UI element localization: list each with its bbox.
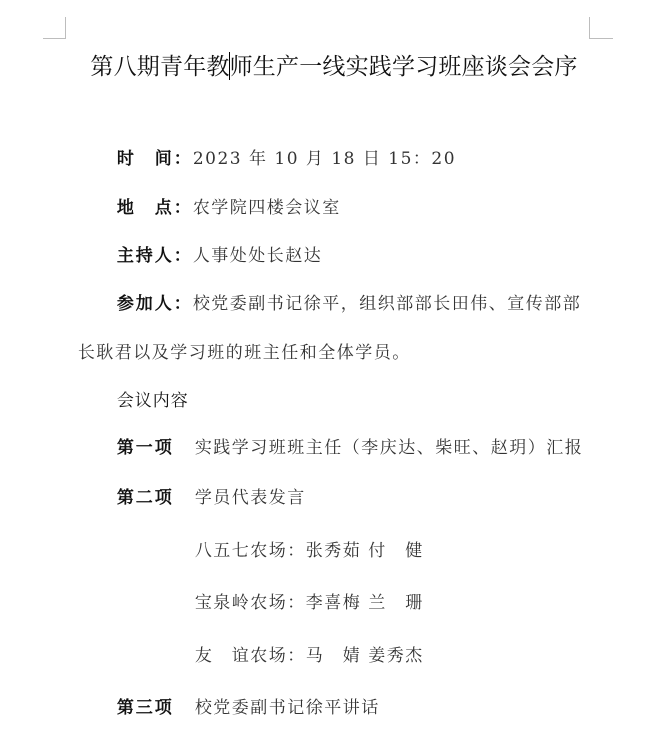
speaker-line-3-text: 友 谊农场：马 婧 姜秀杰 (195, 646, 424, 666)
field-time: 时 间：2023 年 10 月 18 日 15：20 (103, 123, 456, 171)
agenda-item-2-label: 第二项 (117, 486, 195, 510)
field-host-value: 人事处处长赵达 (193, 246, 323, 266)
field-host: 主持人：人事处处长赵达 (103, 220, 322, 268)
speaker-line-1: 八五七农场：张秀茹 付 健 (181, 515, 424, 563)
field-place-label: 地 点： (117, 198, 193, 218)
field-place: 地 点：农学院四楼会议室 (103, 172, 341, 220)
agenda-item-3: 第三项校党委副书记徐平讲话 (103, 672, 380, 720)
agenda-item-2-text: 学员代表发言 (195, 488, 306, 508)
speaker-line-3: 友 谊农场：马 婧 姜秀杰 (181, 620, 424, 668)
field-attendees-label: 参加人： (117, 294, 193, 314)
agenda-item-3-text: 校党委副书记徐平讲话 (195, 698, 380, 718)
field-attendees: 参加人：校党委副书记徐平，组织部部长田伟、宣传部部 (103, 268, 581, 316)
field-time-value: 2023 年 10 月 18 日 15：20 (193, 149, 456, 169)
margin-corner-top-right-horizontal (589, 38, 613, 39)
field-attendees-continuation: 长耿君以及学习班的班主任和全体学员。 (64, 317, 411, 365)
agenda-item-2: 第二项学员代表发言 (103, 462, 306, 510)
agenda-item-1-label: 第一项 (117, 436, 195, 460)
margin-corner-top-right-vertical (589, 17, 590, 39)
speaker-line-1-text: 八五七农场：张秀茹 付 健 (195, 541, 424, 561)
field-attendees-value-line1: 校党委副书记徐平，组织部部长田伟、宣传部部 (193, 294, 582, 314)
title-text-after-cursor: 师生产一线实践学习班座谈会会序 (230, 54, 578, 80)
agenda-heading: 会议内容 (103, 365, 189, 413)
document-title[interactable]: 第八期青年教师生产一线实践学习班座谈会会序 (0, 51, 668, 83)
agenda-item-1-text: 实践学习班班主任（李庆达、柴旺、赵玥）汇报 (195, 438, 584, 458)
agenda-item-3-label: 第三项 (117, 696, 195, 720)
title-text-before-cursor: 第八期青年教 (90, 54, 229, 80)
field-attendees-value-line2: 长耿君以及学习班的班主任和全体学员。 (78, 343, 411, 363)
field-time-label: 时 间： (117, 149, 193, 169)
speaker-line-2: 宝泉岭农场：李喜梅 兰 珊 (181, 567, 424, 615)
field-host-label: 主持人： (117, 246, 193, 266)
agenda-item-1: 第一项实践学习班班主任（李庆达、柴旺、赵玥）汇报 (103, 412, 583, 460)
agenda-heading-text: 会议内容 (117, 391, 189, 411)
speaker-line-2-text: 宝泉岭农场：李喜梅 兰 珊 (195, 593, 424, 613)
margin-corner-top-left-vertical (65, 17, 66, 39)
margin-corner-top-left-horizontal (43, 38, 66, 39)
field-place-value: 农学院四楼会议室 (193, 198, 341, 218)
